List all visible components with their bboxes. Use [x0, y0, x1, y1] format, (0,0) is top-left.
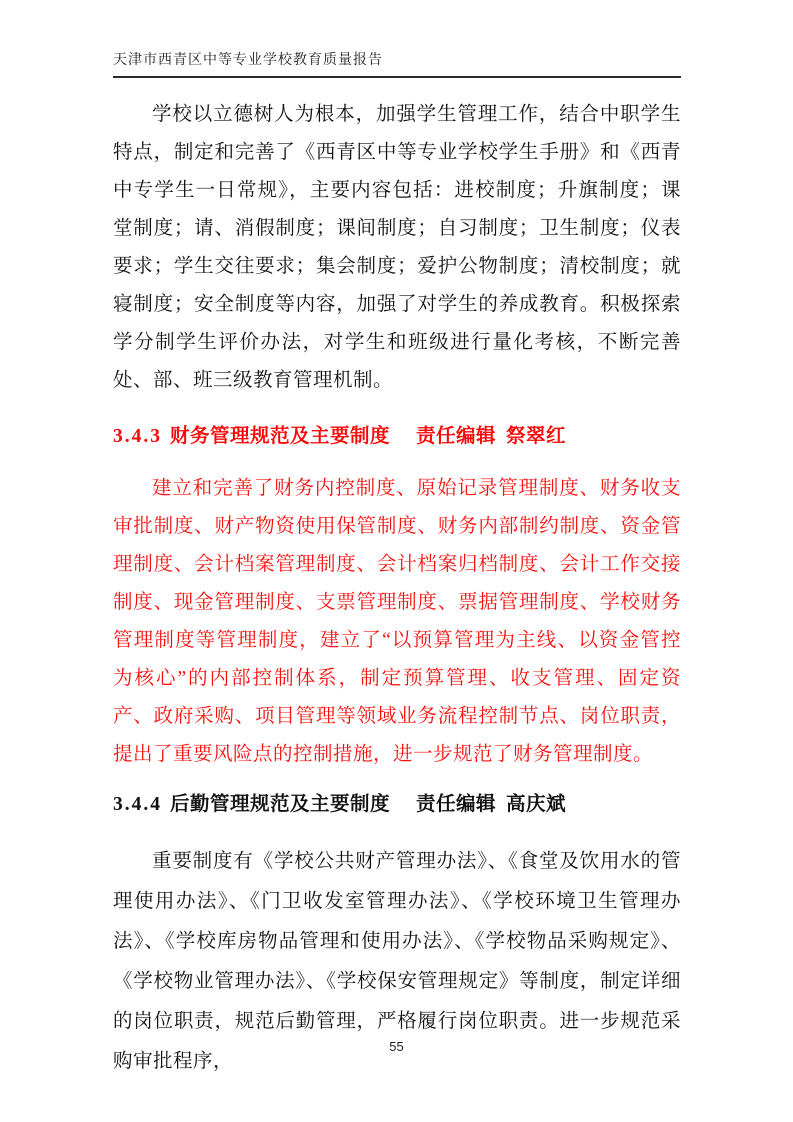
running-header: 天津市西青区中等专业学校教育质量报告: [113, 50, 681, 78]
running-header-title: 天津市西青区中等专业学校教育质量报告: [113, 53, 383, 68]
heading-3-4-4-title: 后勤管理规范及主要制度: [170, 794, 390, 815]
page-content: 天津市西青区中等专业学校教育质量报告 学校以立德树人为根本，加强学生管理工作，结…: [113, 50, 681, 1082]
page-number: 55: [389, 1039, 403, 1054]
heading-3-4-4-editor-label: 责任编辑: [416, 794, 496, 815]
heading-3-4-3-editor-name: 祭翠红: [506, 426, 566, 447]
heading-3-4-3-title: 财务管理规范及主要制度: [170, 426, 390, 447]
heading-3-4-4-number: 3.4.4: [113, 794, 162, 815]
paragraph-finance-systems: 建立和完善了财务内控制度、原始记录管理制度、财务收支审批制度、财产物资使用保管制…: [113, 470, 681, 774]
document-page: 天津市西青区中等专业学校教育质量报告 学校以立德树人为根本，加强学生管理工作，结…: [0, 0, 793, 1122]
heading-3-4-4: 3.4.4后勤管理规范及主要制度责任编辑高庆斌: [113, 790, 681, 820]
heading-3-4-3-editor-label: 责任编辑: [416, 426, 496, 447]
heading-3-4-4-editor-name: 高庆斌: [506, 794, 566, 815]
page-footer: 55: [0, 1038, 793, 1056]
heading-3-4-3: 3.4.3财务管理规范及主要制度责任编辑祭翠红: [113, 422, 681, 452]
heading-3-4-3-number: 3.4.3: [113, 426, 162, 447]
paragraph-student-management: 学校以立德树人为根本，加强学生管理工作，结合中职学生特点，制定和完善了《西青区中…: [113, 96, 681, 400]
